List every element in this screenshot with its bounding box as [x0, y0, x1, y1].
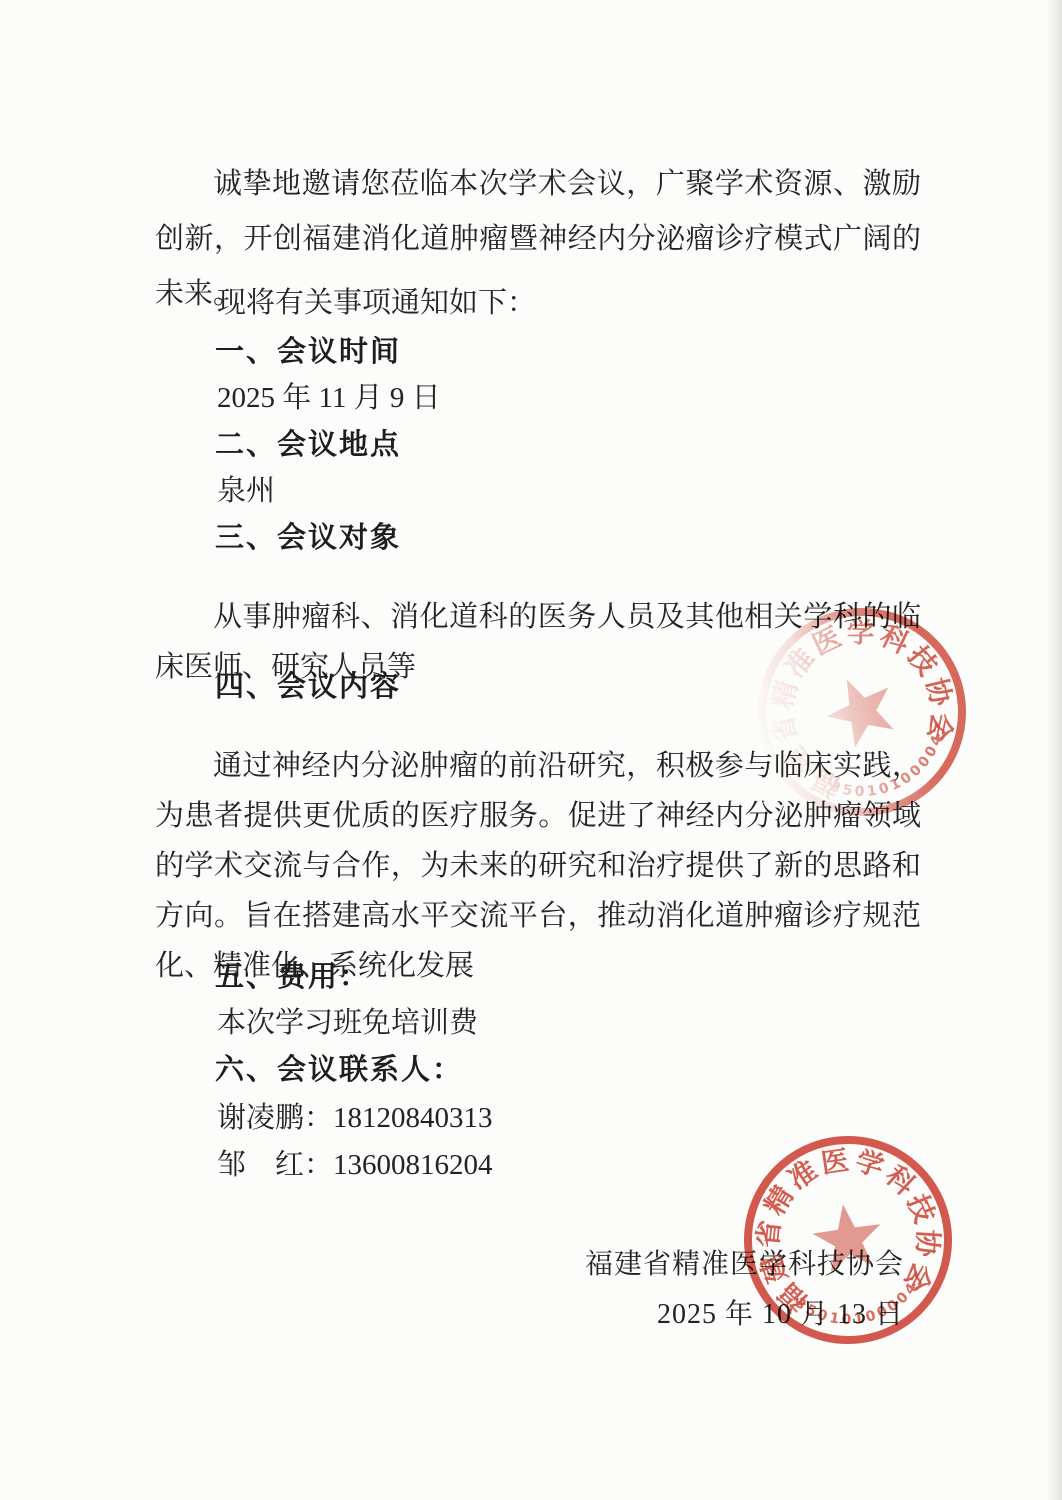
notice-lead: 现将有关事项通知如下：	[217, 288, 536, 318]
section-1-title: 一、会议时间	[215, 337, 401, 367]
seal-ring-label: 福建省精准医学科技协会	[740, 1132, 953, 1322]
scan-edge-shadow	[1046, 0, 1062, 1500]
section-6-title: 六、会议联系人：	[215, 1055, 463, 1085]
section-2-body: 泉州	[217, 476, 275, 506]
section-2-title: 二、会议地点	[215, 430, 401, 460]
document-page: 诚挚地邀请您莅临本次学术会议，广聚学术资源、激励创新，开创福建消化道肿瘤暨神经内…	[0, 0, 1062, 1500]
section-4-body: 通过神经内分泌肿瘤的前沿研究，积极参与临床实践，为患者提供更优质的医疗服务。促进…	[155, 741, 921, 991]
section-5-title: 五、费用：	[215, 962, 370, 992]
section-4-title: 四、会议内容	[215, 672, 401, 702]
signature-org: 福建省精准医学科技协会	[585, 1250, 904, 1280]
contact-line-2: 邹 红：13600816204	[217, 1150, 493, 1180]
section-1-body: 2025 年 11 月 9 日	[217, 383, 441, 413]
contact-line-1: 谢凌鹏：18120840313	[217, 1103, 493, 1133]
section-5-body: 本次学习班免培训费	[217, 1008, 478, 1038]
signature-date: 2025 年 10 月 13 日	[657, 1300, 904, 1330]
section-3-title: 三、会议对象	[215, 523, 401, 553]
